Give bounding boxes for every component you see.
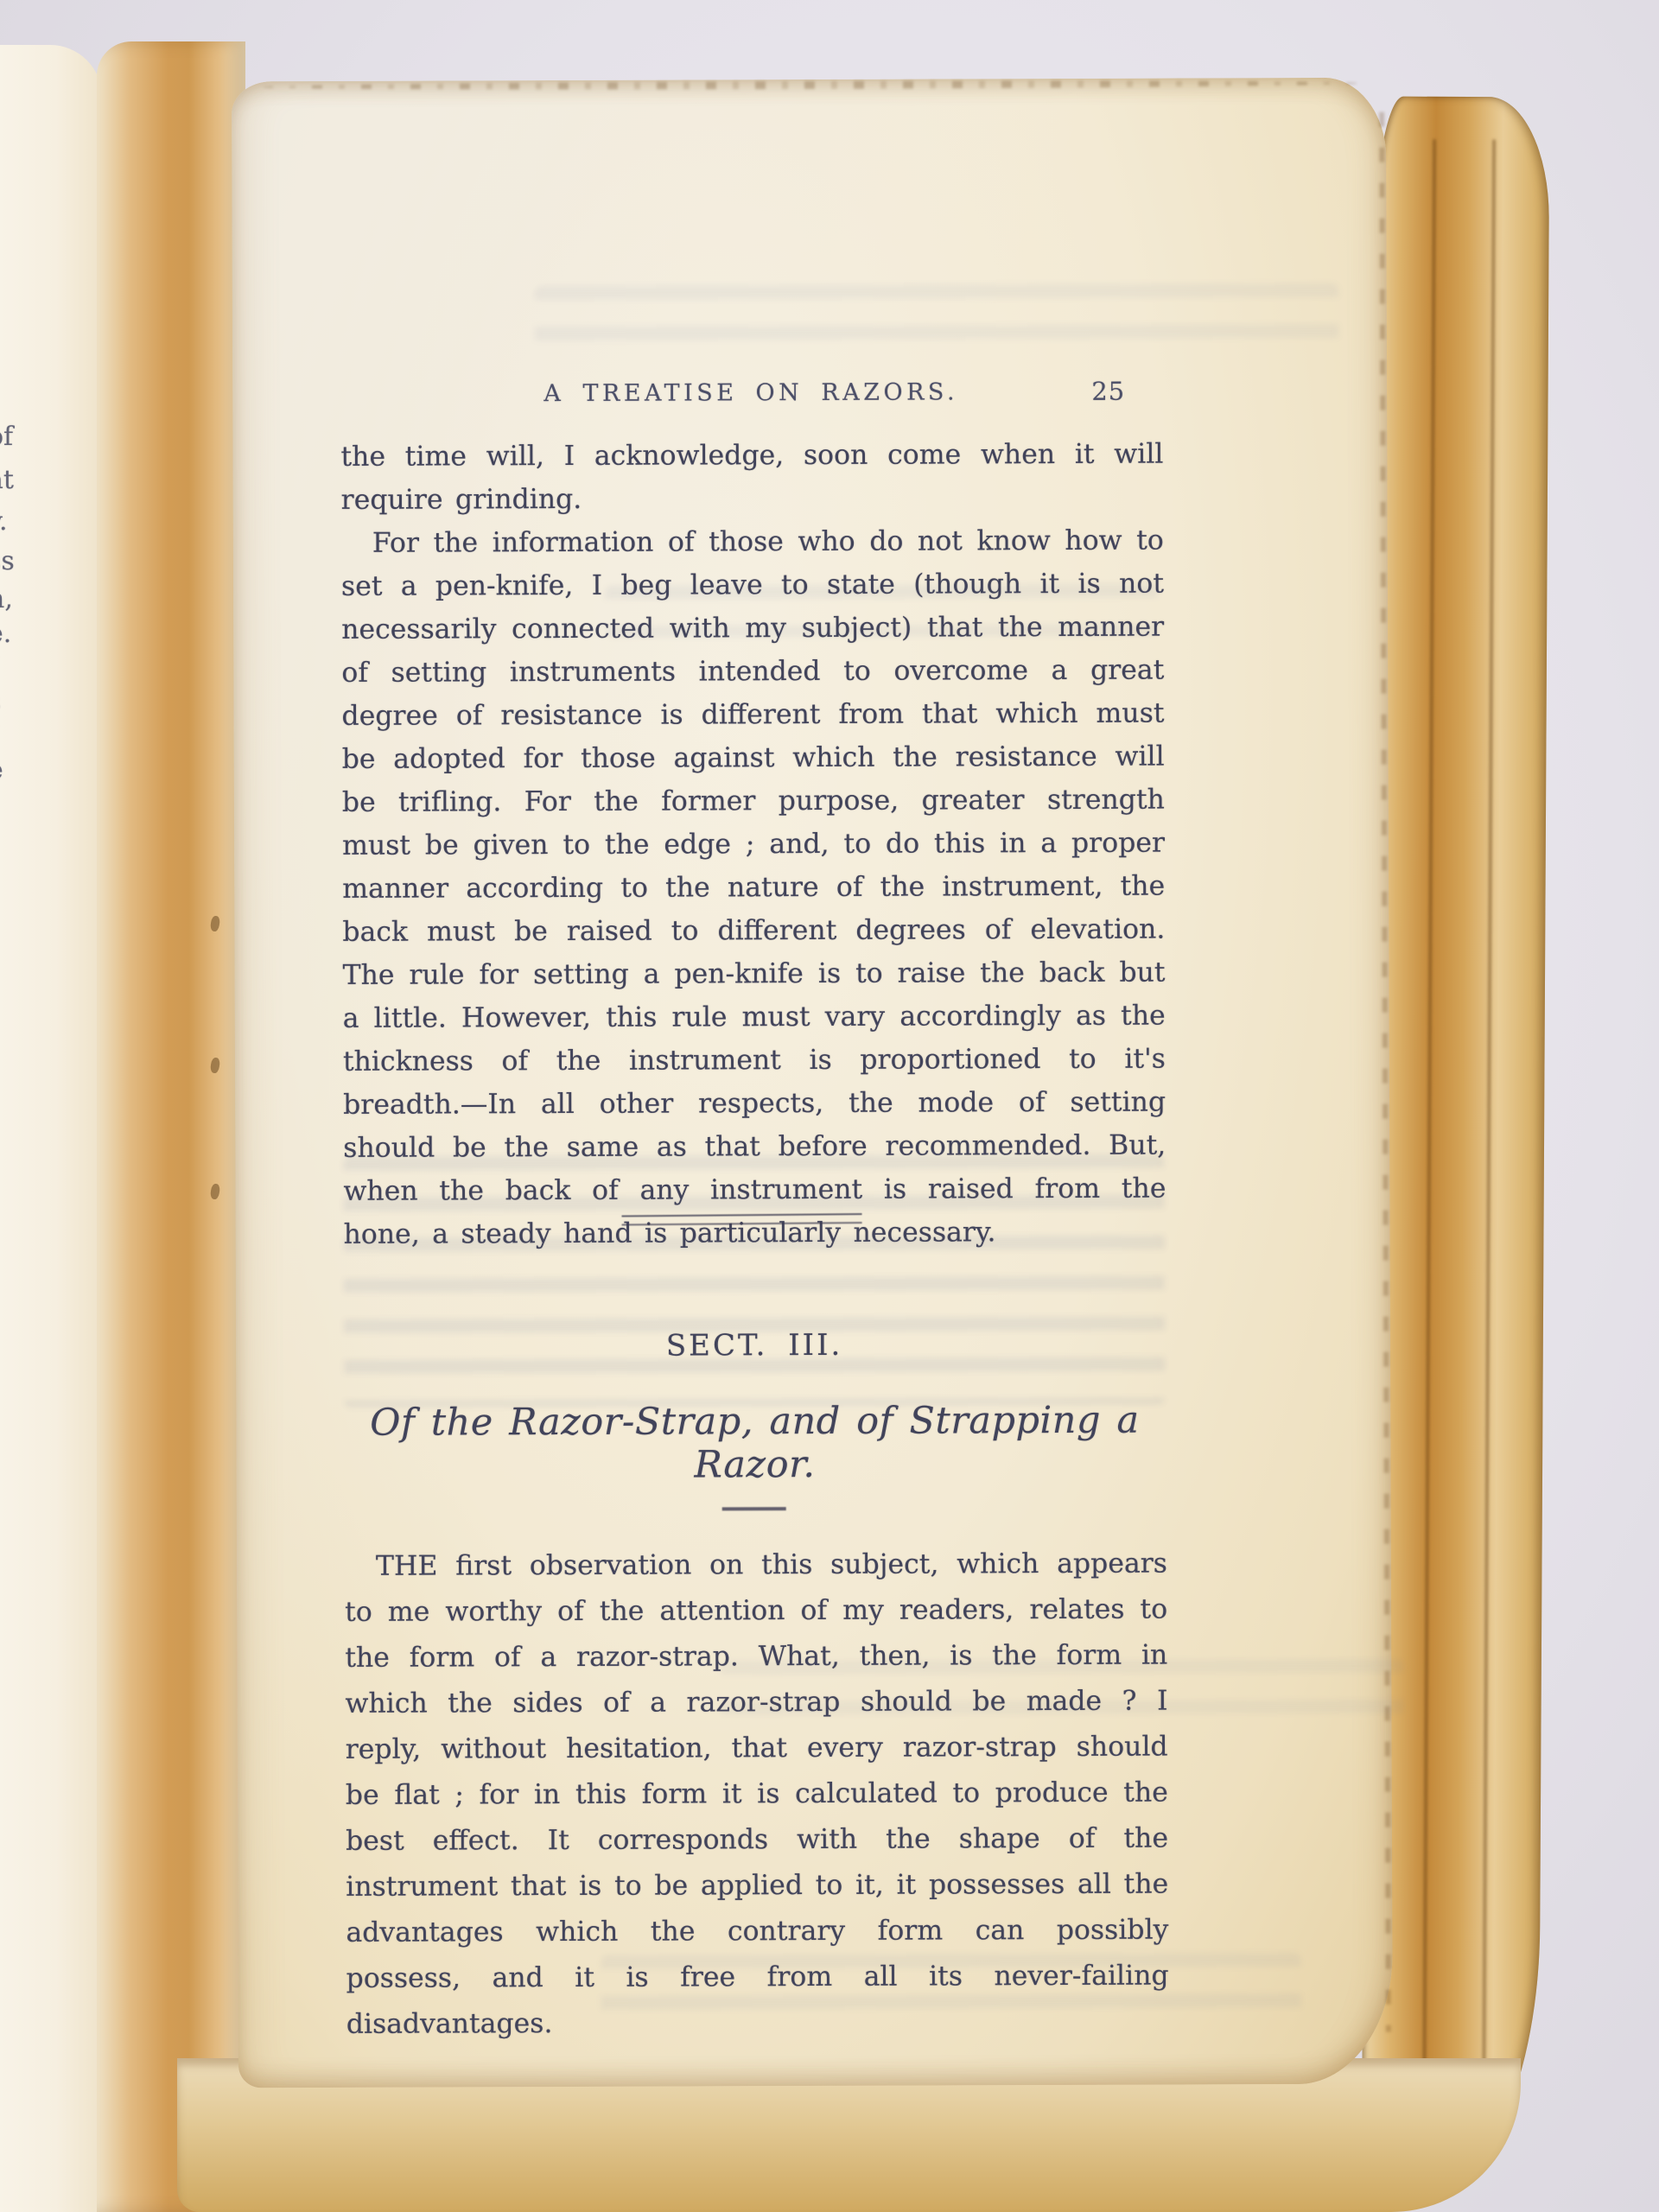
book-page: A TREATISE ON RAZORS. 25 the time will, … bbox=[232, 78, 1393, 2088]
facing-page-line-fragment: s bbox=[0, 687, 31, 717]
page-show-through bbox=[535, 283, 1338, 364]
body-text-block: THE first observation on this subject, w… bbox=[345, 1541, 1169, 2048]
facing-page-sliver: of at y. ss n, e. f s f e bbox=[0, 45, 102, 2212]
stitch-mark bbox=[210, 1057, 220, 1073]
section-title: Of the Razor-Strap, and of Strapping a R… bbox=[344, 1399, 1165, 1488]
section-heading: SECT. III. bbox=[344, 1327, 1165, 1364]
stitch-mark bbox=[210, 1183, 220, 1199]
section-title-rule bbox=[722, 1507, 786, 1510]
facing-page-line-fragment: y. bbox=[0, 506, 31, 537]
section-separator-rule bbox=[622, 1213, 862, 1225]
facing-page-line-fragment: at bbox=[0, 465, 31, 495]
page-header: A TREATISE ON RAZORS. 25 bbox=[340, 378, 1161, 408]
facing-page-line-fragment: n, bbox=[0, 584, 31, 614]
page-edge-crevice bbox=[1482, 139, 1496, 2160]
facing-page-line-fragment: f bbox=[0, 652, 31, 682]
page-number: 25 bbox=[1091, 377, 1125, 406]
book-gutter bbox=[97, 41, 245, 2212]
facing-page-line-fragment: f bbox=[0, 721, 31, 751]
facing-page-line-fragment: of bbox=[0, 422, 31, 452]
body-text-block: the time will, I acknowledge, soon come … bbox=[340, 433, 1166, 1256]
page-deckle-top-edge bbox=[263, 79, 1360, 91]
running-title: A TREATISE ON RAZORS. bbox=[543, 378, 958, 407]
facing-page-line-fragment: e. bbox=[0, 619, 31, 649]
body-paragraph: THE first observation on this subject, w… bbox=[345, 1541, 1169, 2048]
body-paragraph: the time will, I acknowledge, soon come … bbox=[340, 433, 1163, 522]
body-paragraph: For the information of those who do not … bbox=[341, 519, 1166, 1256]
facing-page-line-fragment: e bbox=[0, 755, 31, 785]
page-edge-crevice bbox=[1422, 139, 1436, 2160]
facing-page-line-fragment: ss bbox=[0, 546, 31, 576]
stitch-mark bbox=[210, 915, 220, 931]
